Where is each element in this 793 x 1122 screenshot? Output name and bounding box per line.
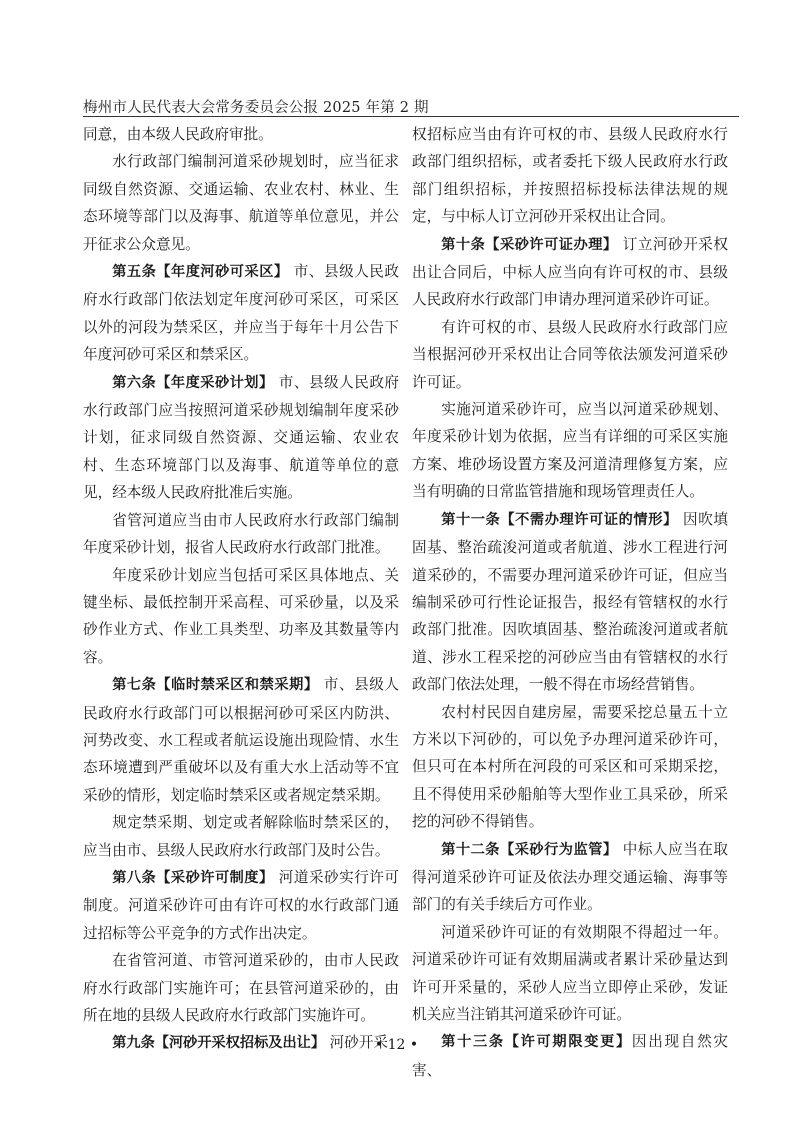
paragraph: 农村村民因自建房屋，需要采挖总量五十立方米以下河砂的，可以免予办理河道采砂许可，… xyxy=(412,699,728,836)
paragraph: 同意，由本级人民政府审批。 xyxy=(83,121,399,148)
page-number: • 12 • xyxy=(0,1037,793,1053)
paragraph-text: 河道采砂许可证的有效期限不得超过一年。河道采砂许可证有效期届满或者累计采砂量达到… xyxy=(412,924,728,1023)
paragraph-text: 省管河道应当由市人民政府水行政部门编制年度采砂计划，报省人民政府水行政部门批准。 xyxy=(83,512,399,556)
paragraph-text: 权招标应当由有许可权的市、县级人民政府水行政部门组织招标，或者委托下级人民政府水… xyxy=(412,126,728,225)
left-column: 同意，由本级人民政府审批。水行政部门编制河道采砂规划时，应当征求同级自然资源、交… xyxy=(83,121,399,1058)
header-rule xyxy=(83,116,739,117)
paragraph-text: 水行政部门编制河道采砂规划时，应当征求同级自然资源、交通运输、农业农村、林业、生… xyxy=(83,153,399,252)
paragraph-text: 因吹填固基、整治疏浚河道或者航道、涉水工程进行河道采砂的，不需要办理河道采砂许可… xyxy=(412,511,728,693)
paragraph: 水行政部门编制河道采砂规划时，应当征求同级自然资源、交通运输、农业农村、林业、生… xyxy=(83,148,399,258)
article-paragraph: 第十一条【不需办理许可证的情形】 因吹填固基、整治疏浚河道或者航道、涉水工程进行… xyxy=(412,506,728,699)
paragraph-text: 有许可权的市、县级人民政府水行政部门应当根据河砂开采权出让合同等依法颁发河道采砂… xyxy=(412,319,728,391)
paragraph-text: 规定禁采期、划定或者解除临时禁采区的，应当由市、县级人民政府水行政部门及时公告。 xyxy=(83,814,399,858)
article-paragraph: 第七条【临时禁采区和禁采期】 市、县级人民政府水行政部门可以根据河砂可采区内防洪… xyxy=(83,671,399,809)
paragraph: 河道采砂许可证的有效期限不得超过一年。河道采砂许可证有效期届满或者累计采砂量达到… xyxy=(412,919,728,1029)
paragraph-text: 市、县级人民政府水行政部门应当按照河道采砂规划编制年度采砂计划，征求同级自然资源… xyxy=(83,374,399,502)
article-paragraph: 第五条【年度河砂可采区】 市、县级人民政府水行政部门依法划定年度河砂可采区，可采… xyxy=(83,258,399,369)
paragraph-text: 在省管河道、市管河道采砂的，由市人民政府水行政部门实施许可；在县管河道采砂的，由… xyxy=(83,952,399,1024)
paragraph: 权招标应当由有许可权的市、县级人民政府水行政部门组织招标，或者委托下级人民政府水… xyxy=(412,121,728,231)
paragraph: 有许可权的市、县级人民政府水行政部门应当根据河砂开采权出让合同等依法颁发河道采砂… xyxy=(412,314,728,396)
paragraph: 在省管河道、市管河道采砂的，由市人民政府水行政部门实施许可；在县管河道采砂的，由… xyxy=(83,947,399,1029)
paragraph: 规定禁采期、划定或者解除临时禁采区的，应当由市、县级人民政府水行政部门及时公告。 xyxy=(83,809,399,864)
paragraph: 年度采砂计划应当包括可采区具体地点、关键坐标、最低控制开采高程、可采砂量，以及采… xyxy=(83,562,399,672)
running-header: 梅州市人民代表大会常务委员会公报 2025 年第 2 期 xyxy=(83,96,738,117)
article-paragraph: 第八条【采砂许可制度】 河道采砂实行许可制度。河道采砂许可由有许可权的水行政部门… xyxy=(83,864,399,947)
article-paragraph: 第十二条【采砂行为监管】 中标人应当在取得河道采砂许可证及依法办理交通运输、海事… xyxy=(412,836,728,919)
paragraph-text: 同意，由本级人民政府审批。 xyxy=(83,126,273,143)
paragraph-text: 年度采砂计划应当包括可采区具体地点、关键坐标、最低控制开采高程、可采砂量，以及采… xyxy=(83,567,399,666)
paragraph: 实施河道采砂许可，应当以河道采砂规划、年度采砂计划为依据，应当有详细的可采区实施… xyxy=(412,396,728,506)
paragraph: 省管河道应当由市人民政府水行政部门编制年度采砂计划，报省人民政府水行政部门批准。 xyxy=(83,507,399,562)
article-paragraph: 第十条【采砂许可证办理】 订立河砂开采权出让合同后，中标人应当向有许可权的市、县… xyxy=(412,231,728,314)
article-heading: 第七条【临时禁采区和禁采期】 xyxy=(112,677,318,693)
article-heading: 第五条【年度河砂可采区】 xyxy=(112,264,288,280)
right-column: 权招标应当由有许可权的市、县级人民政府水行政部门组织招标，或者委托下级人民政府水… xyxy=(412,121,728,1084)
article-heading: 第六条【年度采砂计划】 xyxy=(112,375,273,391)
paragraph-text: 农村村民因自建房屋，需要采挖总量五十立方米以下河砂的，可以免予办理河道采砂许可，… xyxy=(412,704,728,831)
article-heading: 第十条【采砂许可证办理】 xyxy=(441,237,617,253)
article-heading: 第十一条【不需办理许可证的情形】 xyxy=(441,512,678,528)
paragraph-text: 实施河道采砂许可，应当以河道采砂规划、年度采砂计划为依据，应当有详细的可采区实施… xyxy=(412,401,728,500)
article-paragraph: 第六条【年度采砂计划】 市、县级人民政府水行政部门应当按照河道采砂规划编制年度采… xyxy=(83,369,399,507)
paragraph-text: 市、县级人民政府水行政部门可以根据河砂可采区内防洪、河势改变、水工程或者航运设施… xyxy=(83,676,399,804)
article-heading: 第十二条【采砂行为监管】 xyxy=(441,842,617,858)
article-heading: 第八条【采砂许可制度】 xyxy=(112,870,273,886)
